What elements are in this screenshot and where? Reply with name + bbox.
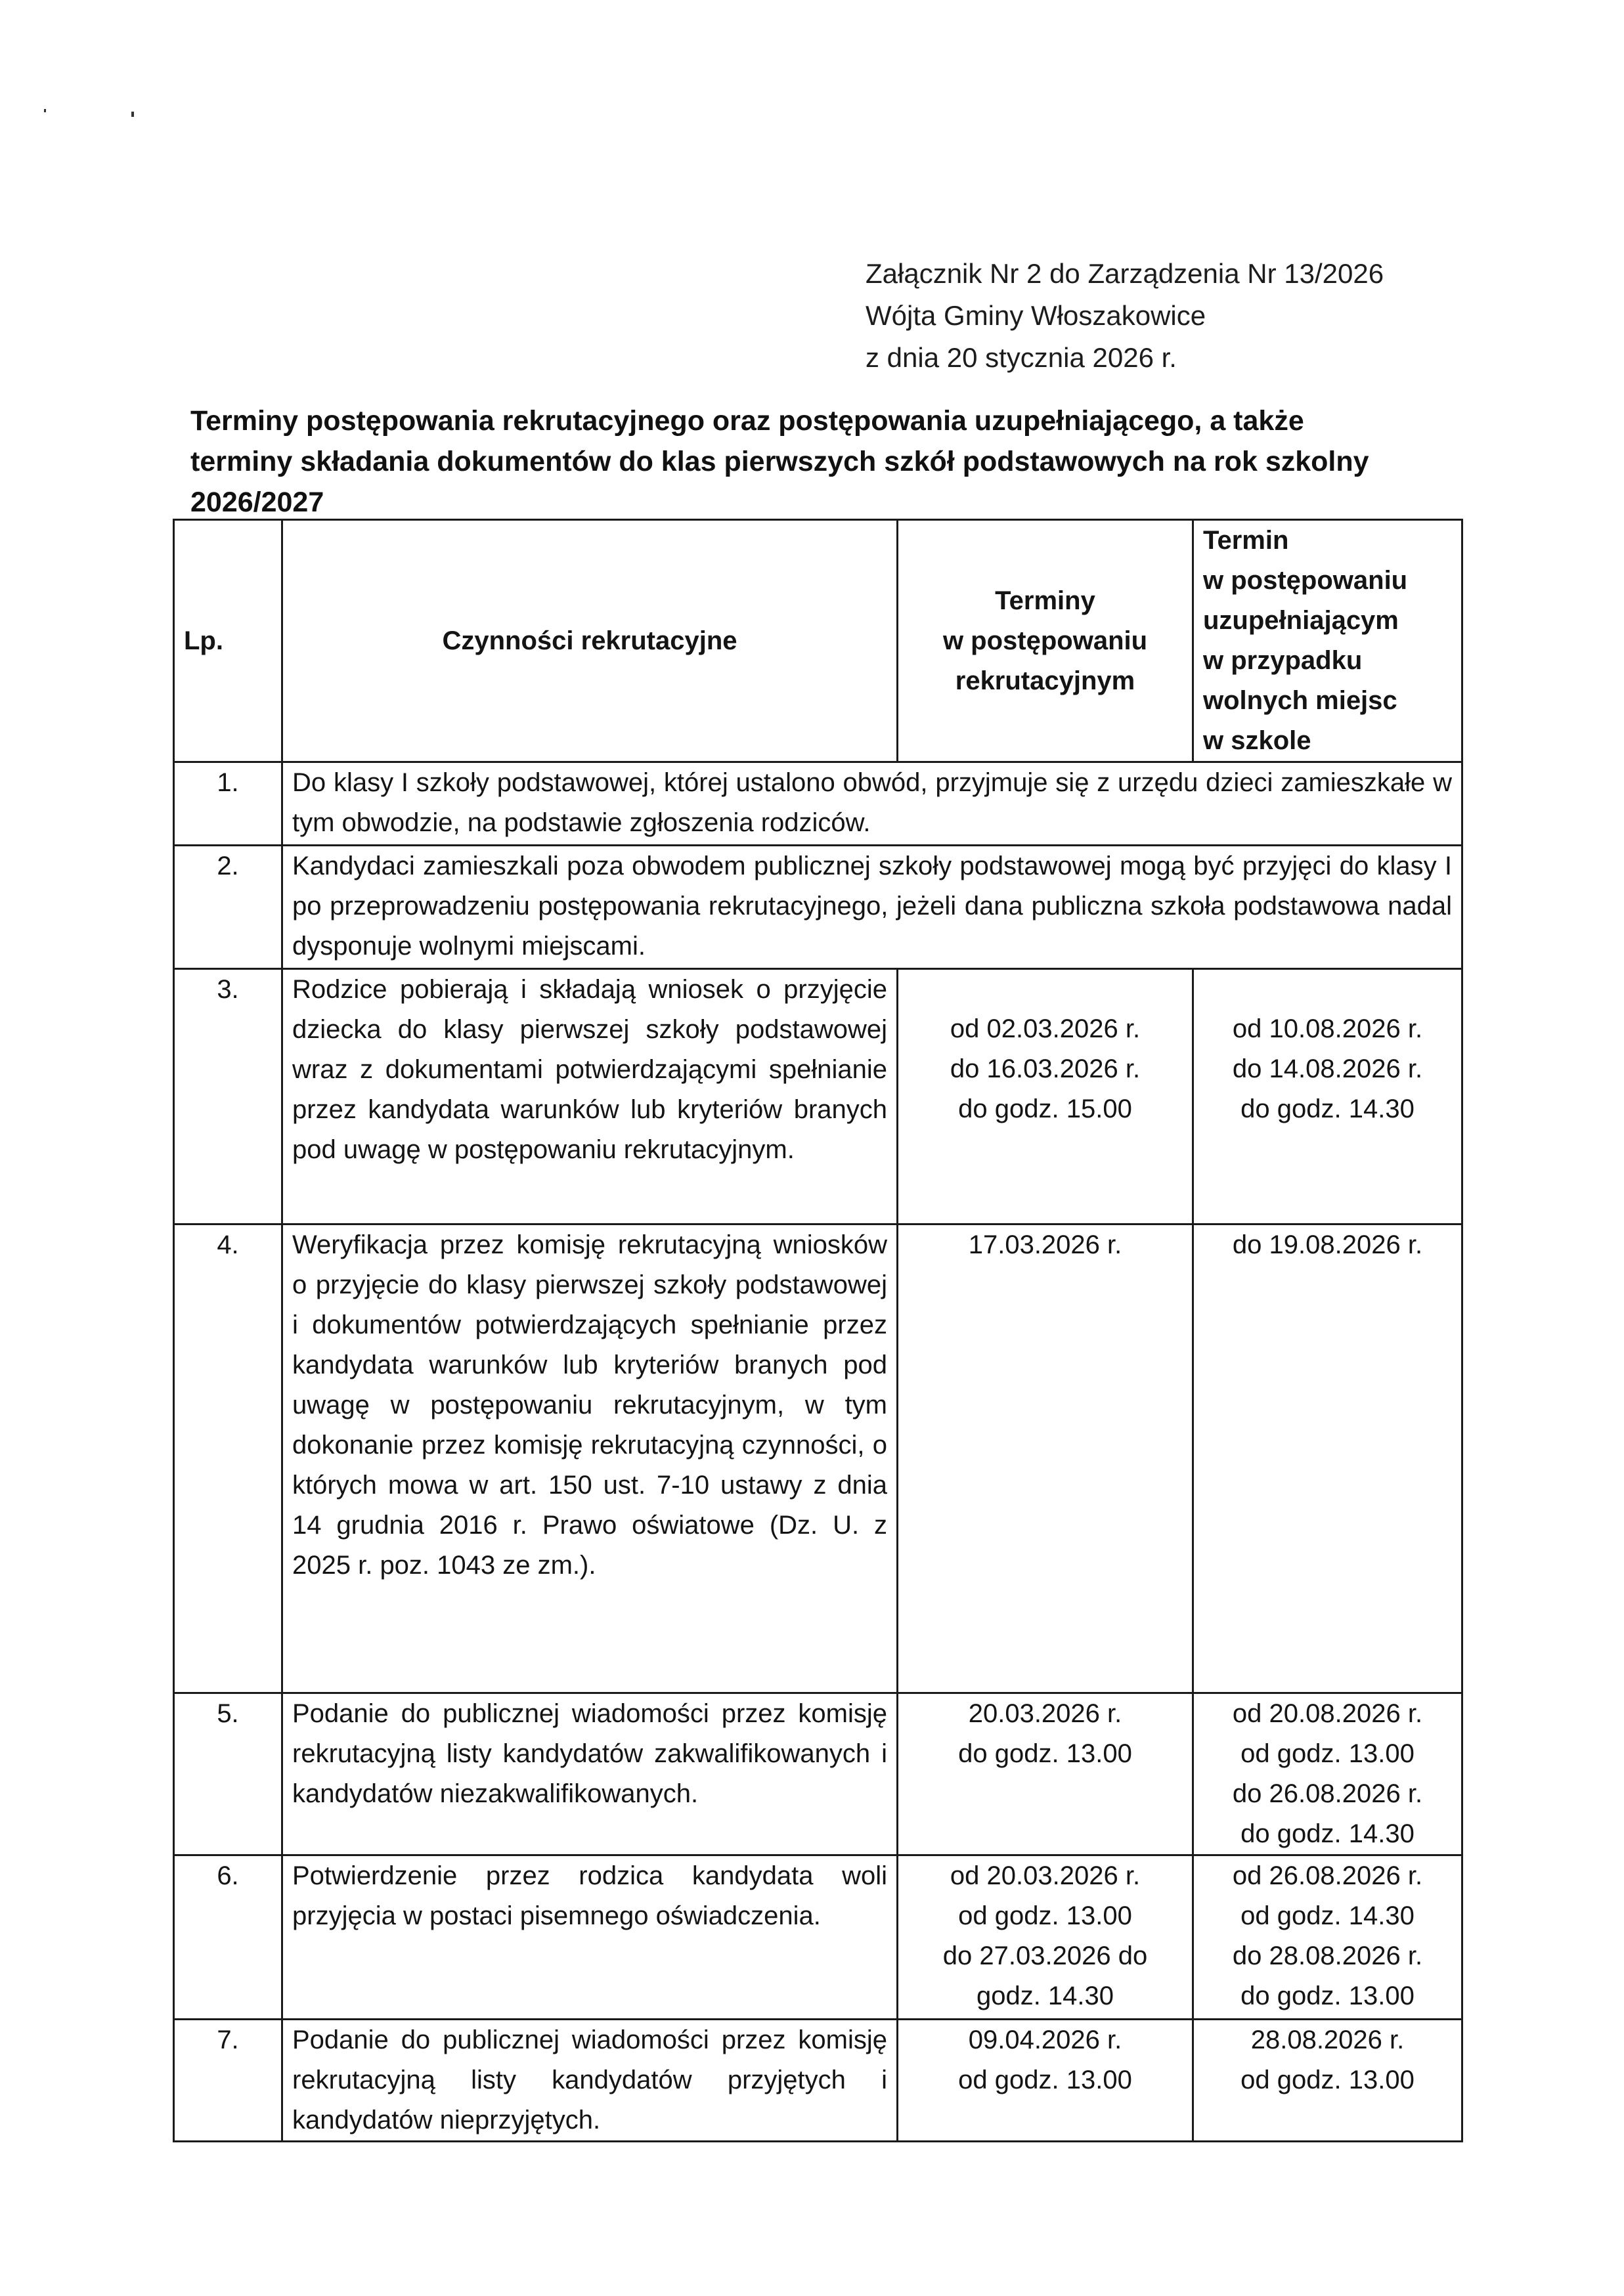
header-recruitment-dates: Terminy w postępowaniu rekrutacyjnym	[898, 520, 1193, 762]
table-row: 3. Rodzice pobierają i składają wniosek …	[174, 969, 1462, 1224]
row-activity: Podanie do publicznej wiadomości przez k…	[282, 2020, 898, 2142]
scan-speck	[131, 112, 134, 117]
annex-line-3: z dnia 20 stycznia 2026 r.	[866, 337, 1384, 379]
table-row: 7. Podanie do publicznej wiadomości prze…	[174, 2020, 1462, 2142]
supplementary-date-cell: 28.08.2026 r. od godz. 13.00	[1193, 2020, 1462, 2142]
row-number: 2.	[174, 846, 282, 969]
row-activity: Potwierdzenie przez rodzica kandydata wo…	[282, 1855, 898, 2020]
table-header-row: Lp. Czynności rekrutacyjne Terminy w pos…	[174, 520, 1462, 762]
row-number: 1.	[174, 762, 282, 846]
table-row: 5. Podanie do publicznej wiadomości prze…	[174, 1693, 1462, 1855]
annex-line-2: Wójta Gminy Włoszakowice	[866, 295, 1384, 337]
header-lp: Lp.	[174, 520, 282, 762]
document-title: Terminy postępowania rekrutacyjnego oraz…	[190, 401, 1438, 523]
recruitment-date-cell: od 20.03.2026 r. od godz. 13.00 do 27.03…	[898, 1855, 1193, 2020]
row-number: 4.	[174, 1224, 282, 1693]
row-activity: Weryfikacja przez komisję rekrutacyjną w…	[282, 1224, 898, 1693]
row-number: 6.	[174, 1855, 282, 2020]
supplementary-date-cell: od 20.08.2026 r. od godz. 13.00 do 26.08…	[1193, 1693, 1462, 1855]
row-activity: Do klasy I szkoły podstawowej, której us…	[282, 762, 1462, 846]
supplementary-date-cell: od 10.08.2026 r. do 14.08.2026 r. do god…	[1193, 969, 1462, 1224]
recruitment-date-cell: 20.03.2026 r. do godz. 13.00	[898, 1693, 1193, 1855]
recruitment-date-cell: 09.04.2026 r. od godz. 13.00	[898, 2020, 1193, 2142]
row-number: 7.	[174, 2020, 282, 2142]
header-supplementary-dates: Termin w postępowaniu uzupełniającym w p…	[1193, 520, 1462, 762]
table-row: 6. Potwierdzenie przez rodzica kandydata…	[174, 1855, 1462, 2020]
annex-line-1: Załącznik Nr 2 do Zarządzenia Nr 13/2026	[866, 253, 1384, 295]
row-number: 5.	[174, 1693, 282, 1855]
row-activity: Rodzice pobierają i składają wniosek o p…	[282, 969, 898, 1224]
recruitment-schedule-table: Lp. Czynności rekrutacyjne Terminy w pos…	[173, 519, 1463, 2142]
recruitment-date-cell: od 02.03.2026 r. do 16.03.2026 r. do god…	[898, 969, 1193, 1224]
supplementary-date-cell: od 26.08.2026 r. od godz. 14.30 do 28.08…	[1193, 1855, 1462, 2020]
table-row: 2. Kandydaci zamieszkali poza obwodem pu…	[174, 846, 1462, 969]
row-activity: Kandydaci zamieszkali poza obwodem publi…	[282, 846, 1462, 969]
row-number: 3.	[174, 969, 282, 1224]
row-activity: Podanie do publicznej wiadomości przez k…	[282, 1693, 898, 1855]
title-line-1: Terminy postępowania rekrutacyjnego oraz…	[190, 401, 1438, 441]
title-line-2: terminy składania dokumentów do klas pie…	[190, 441, 1438, 482]
header-activities: Czynności rekrutacyjne	[282, 520, 898, 762]
recruitment-date-cell: 17.03.2026 r.	[898, 1224, 1193, 1693]
title-line-3: 2026/2027	[190, 482, 1438, 523]
supplementary-date-cell: do 19.08.2026 r.	[1193, 1224, 1462, 1693]
table-row: 1. Do klasy I szkoły podstawowej, której…	[174, 762, 1462, 846]
annex-reference: Załącznik Nr 2 do Zarządzenia Nr 13/2026…	[866, 253, 1384, 379]
table-row: 4. Weryfikacja przez komisję rekrutacyjn…	[174, 1224, 1462, 1693]
scan-speck	[44, 109, 46, 112]
